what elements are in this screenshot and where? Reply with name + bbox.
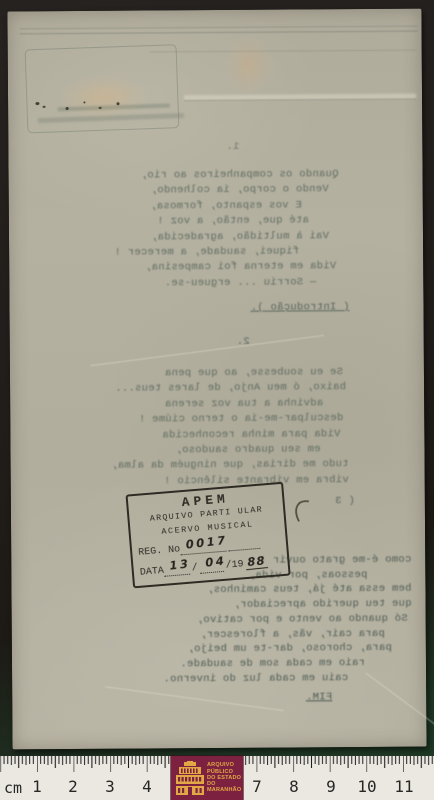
- bleed-rule-line: [20, 26, 418, 30]
- bleed-heading-fragment: ( 3: [309, 495, 355, 507]
- ink-speck: [83, 101, 85, 103]
- ruler-number: 3: [105, 777, 115, 796]
- paper-crease: [105, 686, 284, 711]
- stamp-reg-value-handwritten: 0017: [185, 533, 228, 552]
- apem-logo: ARQUIVO PÚBLICO DO ESTADO DO MARANHÃO: [171, 756, 243, 800]
- measurement-ruler: cm 1 2 3 4 7 8 9 10 11: [0, 756, 434, 800]
- ruler-number: 9: [326, 777, 336, 796]
- ruler-number: 4: [142, 777, 152, 796]
- ruler-number: 1: [32, 777, 42, 796]
- bleed-line: caiu em cada luz do inverno.: [182, 671, 348, 687]
- ink-smudge: [220, 28, 279, 102]
- stamp-reg-label: REG. No: [138, 544, 181, 558]
- bleed-stanza: Quando os companheiros ao rio, Vendo o c…: [117, 167, 350, 292]
- paper-crease: [91, 335, 324, 366]
- ink-speck: [35, 102, 39, 105]
- bleed-line: E vos espanto, formosa,: [117, 198, 302, 215]
- archive-stamp: APEM ARQUIVO PARTI ULAR ACERVO MUSICAL R…: [126, 482, 291, 589]
- bleed-stanza: Se eu soubesse, ao que pena baixo, ó meu…: [115, 365, 349, 490]
- stamp-date-day-handwritten: 13: [169, 556, 192, 572]
- bleed-line: Vida para minha reconhecida: [115, 427, 340, 444]
- bleed-line: em seu quadro saudoso,: [115, 442, 320, 459]
- ruler-number: 10: [357, 777, 376, 796]
- stamp-date-month-line: 04: [199, 558, 224, 574]
- bleed-heading: ( Introdução ).: [237, 301, 349, 314]
- stamp-date-month-handwritten: 04: [205, 553, 228, 569]
- document-paper: 1. Quando os companheiros ao rio, Vendo …: [7, 9, 426, 750]
- ruler-number: 7: [252, 777, 262, 796]
- stamp-date-day-line: 13: [163, 561, 190, 577]
- bleed-line: bem essa até já, teus caminhos,: [181, 582, 411, 598]
- bleed-line: Se eu soubesse, ao que pena: [115, 365, 343, 382]
- stamp-reg-line: 0017: [180, 538, 227, 556]
- bleed-line: — Sorriu ... ergueu-se.: [117, 275, 316, 292]
- bleed-rule-line: [184, 99, 416, 102]
- bleed-line: fiquei, saudade, a merecer !: [117, 244, 299, 261]
- bleed-line: advinha a tua voz serena: [115, 396, 323, 413]
- pen-mark: [289, 491, 313, 525]
- ink-speck: [116, 102, 119, 105]
- stamp-date-label: DATA: [140, 566, 165, 579]
- bleed-end-marker: FIM.: [292, 691, 332, 703]
- ruler-number: 2: [68, 777, 78, 796]
- bleed-line: Vida em eterna foi campesina,: [117, 260, 336, 277]
- bleed-line: tudo me dirias, que ninguém da alma,: [116, 458, 349, 475]
- bleed-stanza-marker: 1.: [213, 141, 239, 153]
- bleed-line: que teu querido apreciador,: [182, 597, 412, 613]
- ruler-number: 11: [394, 777, 413, 796]
- bleed-rule-line: [150, 50, 416, 53]
- stamp-date-separator: /: [191, 563, 198, 574]
- ink-speck: [66, 107, 69, 110]
- apem-logo-text: ARQUIVO PÚBLICO DO ESTADO DO MARANHÃO: [207, 762, 243, 793]
- bleedthrough-stamp-outline: [25, 44, 180, 133]
- ruler-number: 8: [289, 777, 299, 796]
- bleed-line: para cair, vãs, a florescer,: [182, 626, 385, 642]
- stamp-date-century: /19: [225, 559, 244, 571]
- bleed-line: raio em cada som de saudade.: [182, 656, 365, 672]
- bleed-line: Só quando ao vento e por cativo,: [182, 611, 408, 627]
- bleed-line: Quando os companheiros ao rio,: [117, 167, 339, 184]
- ink-speck: [43, 106, 46, 108]
- apem-building-icon: [175, 761, 205, 795]
- bleed-line: baixo, ó meu Anjo, de lares teus...: [115, 381, 346, 398]
- bleed-line: Vendo o corpo, ia colhendo,: [117, 183, 329, 200]
- bleed-line: Vai à multidão, agradecida,: [117, 229, 329, 246]
- stamp-date-year-handwritten: 88: [245, 553, 268, 570]
- bleed-line: até que, então, a voz !: [117, 214, 309, 231]
- bleed-line: para, choroso, dar-te um beijo,: [182, 641, 392, 657]
- apem-logo-line: DO MARANHÃO: [207, 781, 243, 793]
- stamp-reg-line-tail: [227, 535, 260, 552]
- ruler-unit-label: cm: [4, 779, 22, 797]
- bleed-line: desculpar-me-ia o terno ciúme !: [115, 411, 343, 428]
